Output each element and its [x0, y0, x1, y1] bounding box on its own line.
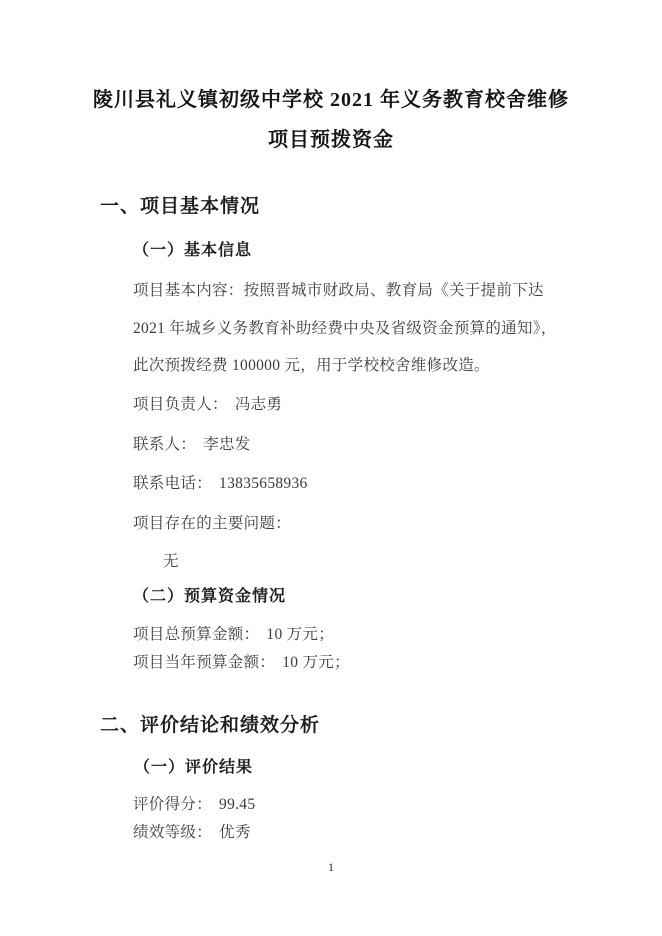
- field-label: 联系电话：: [133, 475, 212, 492]
- page-number: 1: [0, 860, 662, 874]
- field-label: 项目负责人：: [133, 396, 228, 413]
- section-1-1-heading: （一）基本信息: [133, 241, 252, 261]
- field-value: 10 万元；: [282, 654, 350, 671]
- field-value: 13835658936: [219, 475, 308, 492]
- field-value: 李忠发: [203, 436, 250, 453]
- document-page: 陵川县礼义镇初级中学校 2021 年义务教育校舍维修 项目预拨资金 一、项目基本…: [0, 0, 662, 936]
- field-value: 冯志勇: [235, 396, 282, 413]
- field-contact-phone: 联系电话：13835658936: [133, 474, 308, 494]
- field-project-leader: 项目负责人：冯志勇: [133, 395, 282, 415]
- field-evaluation-score: 评价得分：99.45: [133, 795, 255, 815]
- field-label: 联系人：: [133, 436, 196, 453]
- section-2-1-heading: （一）评价结果: [134, 758, 253, 778]
- paragraph-line: 此次预拨经费 100000 元，用于学校校舍维修改造。: [133, 347, 563, 385]
- field-label: 项目当年预算金额：: [133, 654, 275, 671]
- document-title: 陵川县礼义镇初级中学校 2021 年义务教育校舍维修 项目预拨资金: [0, 80, 662, 160]
- field-label: 绩效等级：: [133, 824, 212, 841]
- section-2-heading: 二、评价结论和绩效分析: [100, 714, 320, 737]
- problems-answer: 无: [163, 552, 179, 572]
- field-current-year-budget: 项目当年预算金额：10 万元；: [133, 653, 350, 673]
- field-value: 10 万元；: [266, 626, 334, 643]
- paragraph-line: 项目基本内容：按照晋城市财政局、教育局《关于提前下达: [133, 272, 563, 310]
- field-label: 项目存在的主要问题：: [133, 515, 291, 532]
- project-content-paragraph: 项目基本内容：按照晋城市财政局、教育局《关于提前下达 2021 年城乡义务教育补…: [133, 272, 563, 385]
- field-value: 优秀: [219, 824, 251, 841]
- field-value: 99.45: [219, 796, 255, 813]
- field-label: 评价得分：: [133, 796, 212, 813]
- field-performance-grade: 绩效等级：优秀: [133, 823, 251, 843]
- field-main-problems: 项目存在的主要问题：: [133, 514, 298, 534]
- section-1-heading: 一、项目基本情况: [100, 195, 260, 218]
- field-total-budget: 项目总预算金额：10 万元；: [133, 625, 334, 645]
- field-contact-person: 联系人：李忠发: [133, 435, 251, 455]
- paragraph-line: 2021 年城乡义务教育补助经费中央及省级资金预算的通知》，: [133, 310, 563, 348]
- field-label: 项目总预算金额：: [133, 626, 259, 643]
- document-title-line-2: 项目预拨资金: [0, 120, 662, 160]
- section-1-2-heading: （二）预算资金情况: [133, 587, 286, 607]
- document-title-line-1: 陵川县礼义镇初级中学校 2021 年义务教育校舍维修: [0, 80, 662, 120]
